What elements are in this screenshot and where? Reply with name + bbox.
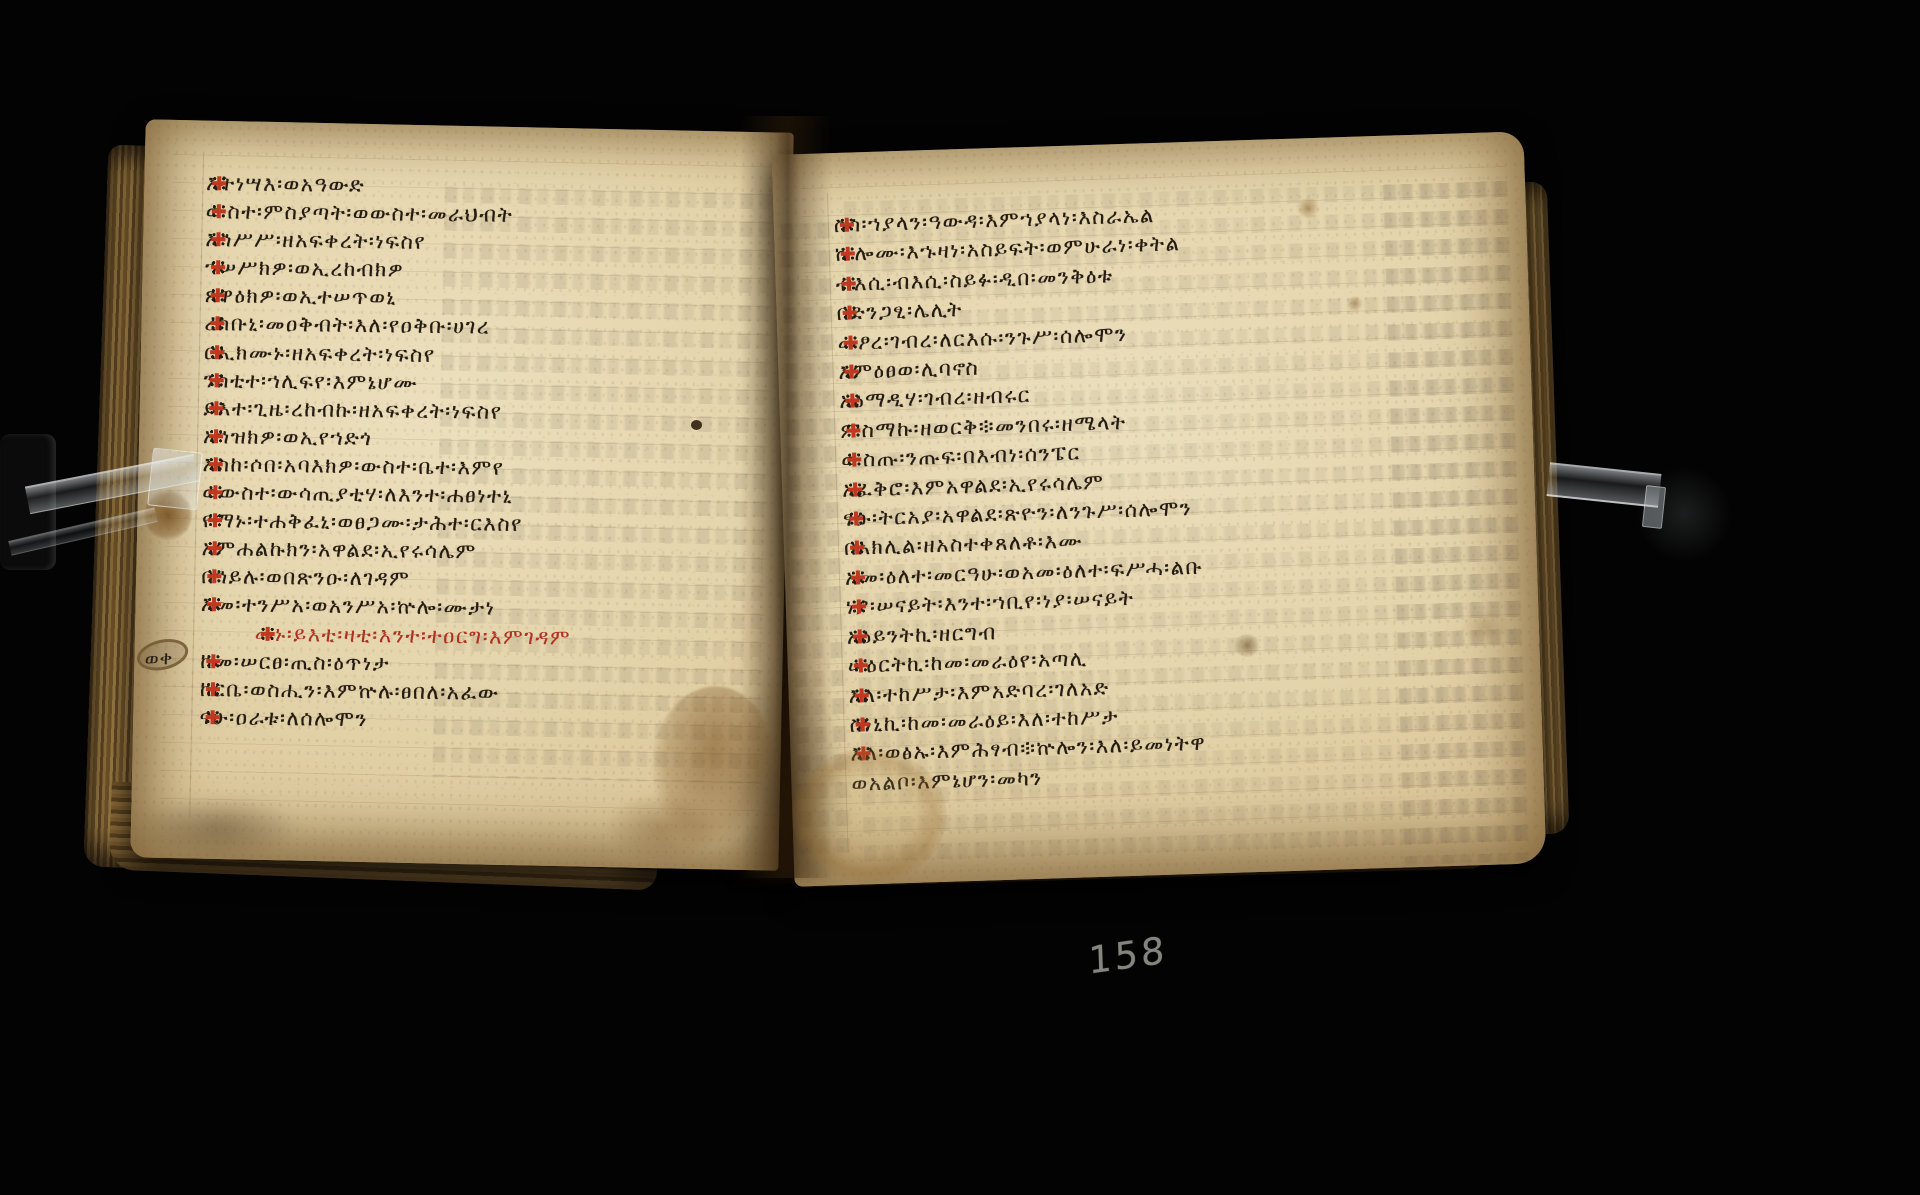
section-separator-icon [851, 570, 865, 584]
section-separator-icon [208, 485, 222, 499]
section-separator-icon [210, 373, 224, 387]
section-separator-icon [209, 429, 223, 443]
section-separator-icon [207, 569, 221, 583]
section-separator-icon [854, 658, 868, 672]
section-separator-icon [207, 598, 221, 612]
section-separator-icon [855, 717, 869, 731]
foxing-spot [1346, 296, 1364, 311]
foxing-spot [1295, 198, 1321, 218]
section-separator-icon [210, 317, 224, 331]
section-separator-icon [208, 541, 222, 555]
right-page-text-column: ስሳ፡ኀያላን፡ዓውዳ፡እምኀያላነ፡እስራኤልኵሎሙ፡እኁዛነ፡አስይፍት፡ወ… [833, 190, 1530, 770]
section-separator-icon [840, 217, 854, 231]
corner-grime [138, 796, 298, 860]
manuscript-line-text: እኅሥሥ፡ዘአፍቀረት፡ነፍስየ [205, 225, 426, 256]
pencil-folio-number: 158 [1088, 928, 1168, 982]
manuscript-line-text: አምሐልኩክን፡አዋልደ፡ኢየሩሳሌም [202, 534, 477, 565]
section-separator-icon [844, 364, 858, 378]
manuscript-line-text: መኑ፡ይእቲ፡ዛቲ፡እንተ፡ተዐርግ፡እምገዳም [254, 619, 571, 651]
manuscript-line-text: እመ፡ተንሥአ፡ወአንሥአ፡ኵሎ፡ሙታነ [201, 590, 496, 622]
manuscript-line-text: እምዕፀወ፡ሊባኖስ [838, 354, 980, 388]
support-reflection [1636, 466, 1732, 562]
section-separator-icon [261, 626, 275, 640]
acrylic-support-tip [147, 448, 203, 511]
section-separator-icon [850, 541, 864, 555]
section-separator-icon [212, 204, 226, 218]
section-separator-icon [206, 654, 220, 668]
manuscript-line-text: እስከ፡ሶበ፡አባእክዎ፡ውስተ፡ቤተ፡እምየ [203, 450, 505, 482]
section-separator-icon [852, 600, 866, 614]
foxing-spot [1462, 610, 1508, 644]
manuscript-line-text: ውስተ፡ምስያጣት፡ወውስተ፡መራህብት [206, 197, 514, 229]
manuscript-photograph: እትነሣእ፡ወአዓውድውስተ፡ምስያጣት፡ወውስተ፡መራህብትእኅሥሥ፡ዘአፍቀ… [0, 0, 1920, 1195]
manuscript-line-text: ረከቡኒ፡መዐቅብት፡እለ፡የዐቅቡ፡ሀገረ [204, 310, 490, 342]
left-page-text-column: እትነሣእ፡ወአዓውድውስተ፡ምስያጣት፡ወውስተ፡መራህብትእኅሥሥ፡ዘአፍቀ… [199, 169, 781, 738]
manuscript-line-text: ወውስተ፡ውሳጢያቲሃ፡ለእንተ፡ሐፀነተኒ [202, 478, 513, 510]
manuscript-line-text: ከርቤ፡ወስሒን፡እምኵሉ፡ፀበለ፡አፈው [200, 675, 500, 707]
section-separator-icon [845, 394, 859, 408]
manuscript-line-text: ንስቲተ፡ኀሊፍየ፡እምኔሆሙ [204, 366, 419, 397]
manuscript-line-text: አዕይንትኪ፡ዘርግብ [846, 618, 997, 652]
section-separator-icon [846, 423, 860, 437]
section-separator-icon [848, 482, 862, 496]
manuscript-line-text: እትነሣእ፡ወአዓውድ [206, 169, 365, 199]
section-separator-icon [209, 457, 223, 471]
section-separator-icon [847, 453, 861, 467]
section-separator-icon [210, 345, 224, 359]
section-separator-icon [853, 629, 867, 643]
section-separator-icon [842, 306, 856, 320]
margin-note: ወቀ [144, 647, 174, 670]
section-separator-icon [849, 511, 863, 525]
section-separator-icon [208, 513, 222, 527]
ink-fleck [691, 420, 702, 430]
manuscript-line-text: የማኑ፡ተሐቅፈኒ፡ወፀጋሙ፡ታሕተ፡ርእስየ [202, 506, 523, 538]
brown-stain [606, 792, 718, 864]
section-separator-icon [842, 276, 856, 290]
section-separator-icon [211, 260, 225, 274]
section-separator-icon [841, 247, 855, 261]
section-separator-icon [854, 688, 868, 702]
manuscript-line-text: ከመ፡ሠርፀ፡ጢስ፡ዕጥነታ [200, 647, 390, 677]
section-separator-icon [212, 176, 226, 190]
section-separator-icon [211, 232, 225, 246]
section-separator-icon [206, 710, 220, 724]
manuscript-line-text: ይእተ፡ጊዜ፡ረከብኩ፡ዘአፍቀረት፡ነፍስየ [203, 394, 502, 426]
section-separator-icon [209, 401, 223, 415]
manuscript-line-text: በኀይሉ፡ወበጽንዑ፡ለገዳም [201, 562, 410, 593]
foxing-spot [1233, 634, 1261, 657]
section-separator-icon [206, 682, 220, 696]
section-separator-icon [843, 335, 857, 349]
water-stain-ring [792, 748, 947, 883]
manuscript-line-text: አኀዝክዎ፡ወኢየኀድጎ [203, 422, 373, 452]
manuscript-line-text: ናሁ፡ዐራቱ፡ለሰሎሞን [199, 703, 368, 733]
manuscript-line-text: ጸዋዕክዎ፡ወኢተሠጥወኒ [205, 281, 398, 311]
manuscript-line-text: ኀሠሥክዎ፡ወኢረከብክዎ [205, 253, 404, 284]
manuscript-line-text: ርኢክሙኑ፡ዘአፍቀረት፡ነፍስየ [204, 338, 436, 369]
section-separator-icon [211, 289, 225, 303]
